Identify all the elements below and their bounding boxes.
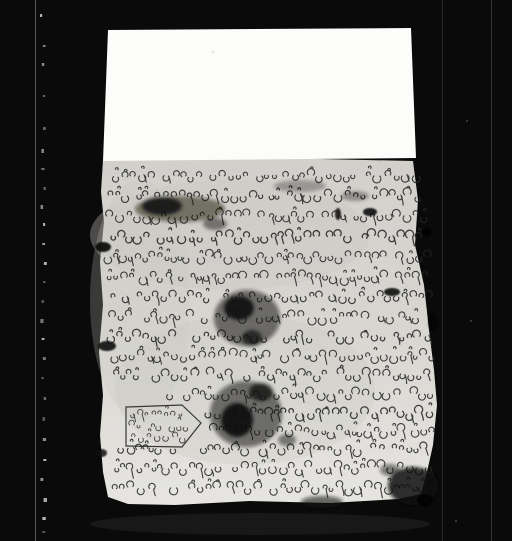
ink-mark — [384, 288, 400, 296]
manuscript-page — [90, 158, 438, 508]
film-edge-dot — [40, 14, 42, 17]
film-edge-dot — [41, 205, 43, 209]
ink-stain — [278, 434, 296, 446]
film-edge-dot — [40, 319, 43, 323]
ink-stain — [224, 296, 254, 320]
film-edge-dot — [43, 417, 46, 421]
film-edge-dot — [42, 531, 45, 533]
film-edge-dot — [41, 168, 44, 170]
microfilm-frame — [0, 0, 512, 541]
ink-mark — [422, 228, 432, 236]
ink-mark — [95, 449, 107, 457]
ink-mark — [98, 341, 116, 351]
ink-stain — [203, 218, 227, 230]
film-edge-dot — [44, 262, 47, 265]
scene-svg — [0, 0, 512, 541]
film-edge-dot — [42, 517, 45, 520]
ink-mark — [417, 494, 433, 506]
film-edge-dot — [42, 338, 45, 340]
dust-speck — [212, 51, 214, 53]
dust-speck — [470, 320, 472, 322]
ink-stain — [142, 197, 182, 215]
film-edge-dot — [41, 377, 43, 379]
ink-stain — [341, 191, 369, 201]
ink-mark — [363, 208, 377, 216]
ink-mark — [335, 208, 341, 220]
blank-label — [103, 28, 416, 161]
film-glow-bottom — [90, 513, 430, 535]
film-edge-dot — [43, 357, 46, 360]
film-edge-dot — [43, 281, 45, 283]
ink-stain — [221, 403, 253, 437]
ink-stain — [380, 464, 400, 476]
ink-stain — [301, 496, 343, 508]
dust-speck — [215, 398, 217, 400]
film-edge-dot — [43, 438, 46, 441]
ink-mark — [95, 242, 111, 252]
ink-stain — [242, 330, 262, 346]
film-edge-dot — [41, 300, 44, 303]
ink-stain — [274, 180, 326, 192]
film-edge-dot — [44, 187, 46, 190]
film-edge-dot — [42, 243, 45, 245]
film-edge-dot — [41, 149, 43, 153]
film-scratch — [35, 0, 36, 541]
film-scratch — [491, 0, 492, 541]
ink-stain — [249, 383, 273, 401]
film-edge-dot — [42, 63, 44, 66]
film-edge-dot — [43, 459, 46, 461]
film-edge-dot — [43, 45, 46, 47]
film-edge-dot — [44, 498, 47, 502]
film-edge-dot — [43, 127, 46, 130]
ink-mark — [428, 313, 438, 331]
film-edge-dot — [40, 478, 43, 481]
film-edge-dot — [44, 397, 46, 400]
film-edge-dot — [43, 95, 45, 97]
film-edge-dot — [43, 223, 45, 226]
dust-speck — [455, 520, 457, 522]
film-scratch — [442, 0, 443, 541]
dust-speck — [302, 232, 304, 234]
dust-speck — [466, 120, 468, 122]
